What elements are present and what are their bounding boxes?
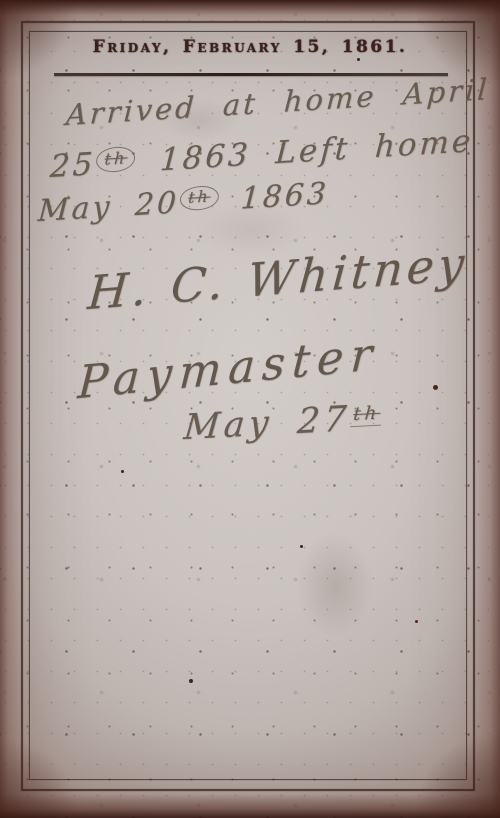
diary-page-scan: Friday, February 15, 1861. Arrived at ho… bbox=[0, 0, 500, 818]
scan-edge-vignette bbox=[0, 0, 500, 818]
